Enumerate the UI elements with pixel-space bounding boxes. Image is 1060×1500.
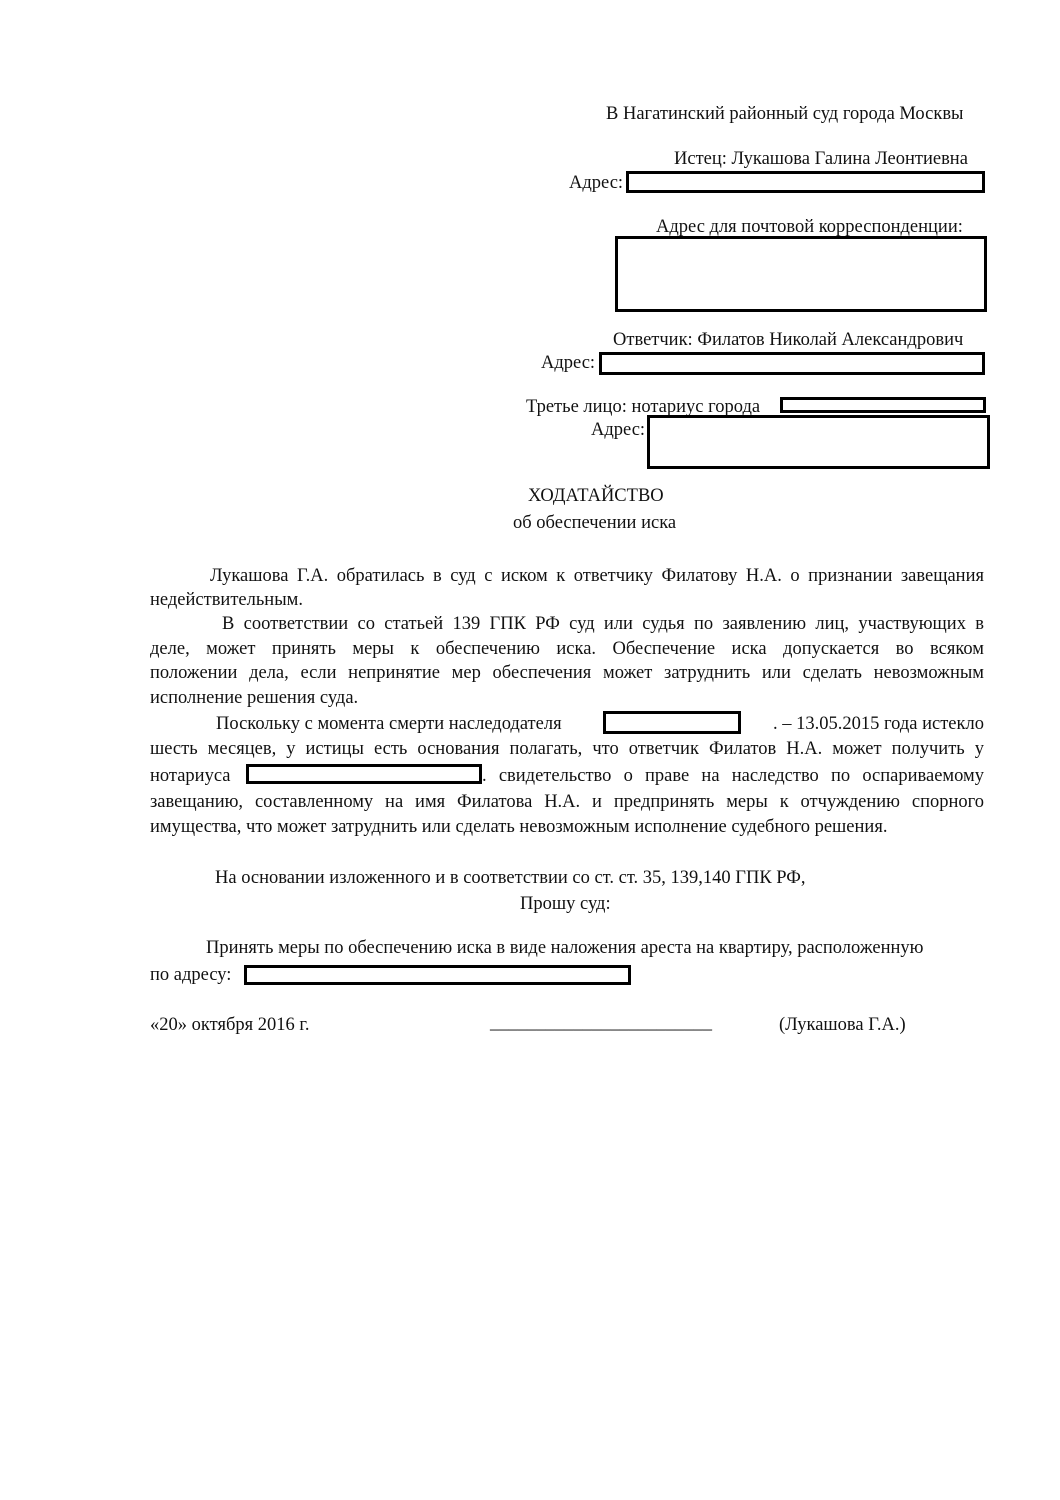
p2-line4: исполнение решения суда. [150,687,358,709]
p2-line3: положении дела, если непринятие мер обес… [150,662,984,684]
document-title: ХОДАТАЙСТВО [528,485,664,507]
plaintiff-name: Истец: Лукашова Галина Леонтиевна [674,148,968,170]
court-name: В Нагатинский районный суд города Москвы [606,103,963,125]
redacted-notary-name [246,764,482,784]
basis-line: На основании изложенного и в соответстви… [215,867,806,889]
p3-line3-b: . свидетельство о праве на наследство по… [482,765,984,787]
redacted-testator-name [603,711,741,734]
p3-line5: имущества, что может затруднить или сдел… [150,816,887,838]
redacted-postal-address [615,236,987,312]
p1-line2: недействительным. [150,589,303,611]
petition-line2: по адресу: [150,964,231,986]
redacted-apartment-address [244,965,631,985]
plaintiff-address-label: Адрес: [569,172,623,194]
document-subtitle: об обеспечении иска [513,512,676,534]
p3-line2: шесть месяцев, у истицы есть основания п… [150,738,984,760]
third-party-address-label: Адрес: [591,419,645,441]
signature-date: «20» октября 2016 г. [150,1014,310,1036]
redacted-third-party-address [647,415,990,469]
petition-line1: Принять меры по обеспечению иска в виде … [206,937,923,959]
redacted-defendant-address [599,352,985,375]
signature-line: ________________________ [490,1012,712,1034]
p3-line4: завещанию, составленному на имя Филатова… [150,791,984,813]
signer-name: (Лукашова Г.А.) [779,1014,906,1036]
p3-line1-a: Поскольку с момента смерти наследодателя [216,713,562,735]
p2-line1: В соответствии со статьей 139 ГПК РФ суд… [222,613,984,635]
p1-line1: Лукашова Г.А. обратилась в суд с иском к… [210,565,984,587]
request-heading: Прошу суд: [520,893,611,915]
postal-address-label: Адрес для почтовой корреспонденции: [656,216,963,238]
defendant-name: Ответчик: Филатов Николай Александрович [613,329,963,351]
p3-line3-a: нотариуса [150,765,230,787]
p3-line1-b: . – 13.05.2015 года истекло [742,713,984,735]
redacted-notary-city [780,397,986,413]
defendant-address-label: Адрес: [541,352,595,374]
redacted-plaintiff-address [626,171,985,193]
p2-line2: деле, может принять меры к обеспечению и… [150,638,984,660]
